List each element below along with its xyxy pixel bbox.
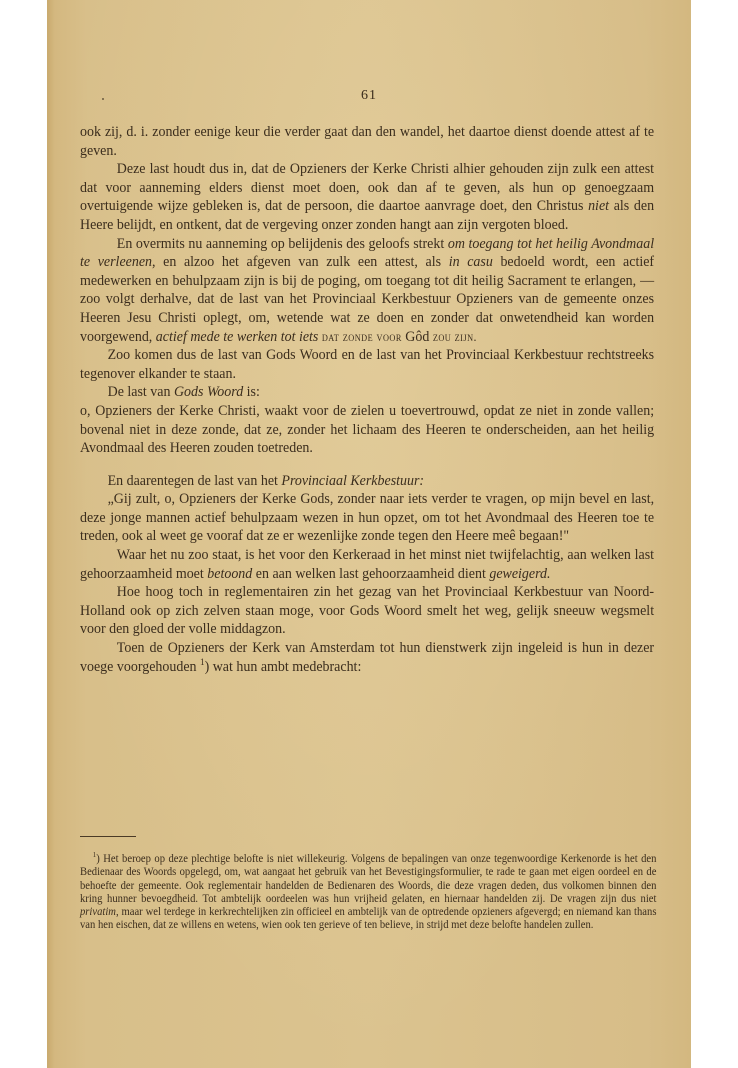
paragraph-text: Deze last houdt dus in, dat de Opzieners… [80,160,654,214]
paragraph-6: En daarentegen de last van het Provincia… [80,472,654,491]
footnote-section: 1) Het beroep op deze plechtige belofte … [80,852,656,932]
paragraph-8: Waar het nu zoo staat, is het voor den K… [80,546,654,583]
paragraph-text: En overmits nu aanneming op belijdenis d… [117,235,448,252]
main-text: ook zij, d. i. zonder eenige keur die ve… [80,123,654,676]
quotation-text: o, Opzieners der Kerke Christi, waakt vo… [80,402,654,456]
emphasis: betoond [207,565,252,582]
paragraph-text: , en alzoo het afgeven van zulk een atte… [152,253,449,270]
spacer [80,458,654,472]
small-caps-text: dat zonde voor [318,329,405,344]
paragraph-text: ook zij, d. i. zonder eenige keur die ve… [80,123,654,159]
emphasis: actief mede te werken tot iets [156,328,319,345]
book-page: 61 ook zij, d. i. zonder eenige keur die… [47,0,691,1068]
paragraph-2: Deze last houdt dus in, dat de Opzieners… [80,160,654,234]
emphasis: geweigerd. [489,565,550,582]
paragraph-3: En overmits nu aanneming op belijdenis d… [80,235,654,347]
paragraph-text: Gôd [405,328,429,345]
paragraph-5: De last van Gods Woord is: [80,383,654,402]
emphasis: privatim [80,905,116,918]
paragraph-text: en aan welken last gehoorzaamheid dient [252,565,489,582]
paragraph-text: En daarentegen de last van het [108,472,282,489]
emphasis: niet [588,197,609,214]
paragraph-10: Toen de Opzieners der Kerk van Amsterdam… [80,639,654,676]
emphasis: in casu [449,253,493,270]
paragraph-text: De last van [108,383,174,400]
paragraph-text: Toen de Opzieners der Kerk van Amsterdam… [80,639,654,675]
footnote-1: 1) Het beroep op deze plechtige belofte … [80,852,656,932]
paragraph-text: Hoe hoog toch in reglementairen zin het … [80,583,654,637]
small-caps-text: zou zijn. [429,329,477,344]
footnote-divider [80,836,136,837]
footnote-text: , maar wel terdege in kerkrechtelijken z… [80,905,656,931]
paragraph-9: Hoe hoog toch in reglementairen zin het … [80,583,654,639]
quotation-block: o, Opzieners der Kerke Christi, waakt vo… [80,402,654,458]
paragraph-1: ook zij, d. i. zonder eenige keur die ve… [80,123,654,160]
page-number: 61 [47,88,691,104]
emphasis: Provinciaal Kerkbestuur: [281,472,424,489]
paragraph-7: „Gij zult, o, Opzieners der Kerke Gods, … [80,490,654,546]
paragraph-text: „Gij zult, o, Opzieners der Kerke Gods, … [80,490,654,544]
paragraph-text: is: [243,383,260,400]
paragraph-text: ) wat hun ambt medebracht: [205,658,362,675]
footnote-text: ) Het beroep op deze plechtige belofte i… [80,852,656,905]
paragraph-text: Zoo komen dus de last van Gods Woord en … [80,346,654,382]
emphasis: Gods Woord [174,383,243,400]
paragraph-4: Zoo komen dus de last van Gods Woord en … [80,346,654,383]
